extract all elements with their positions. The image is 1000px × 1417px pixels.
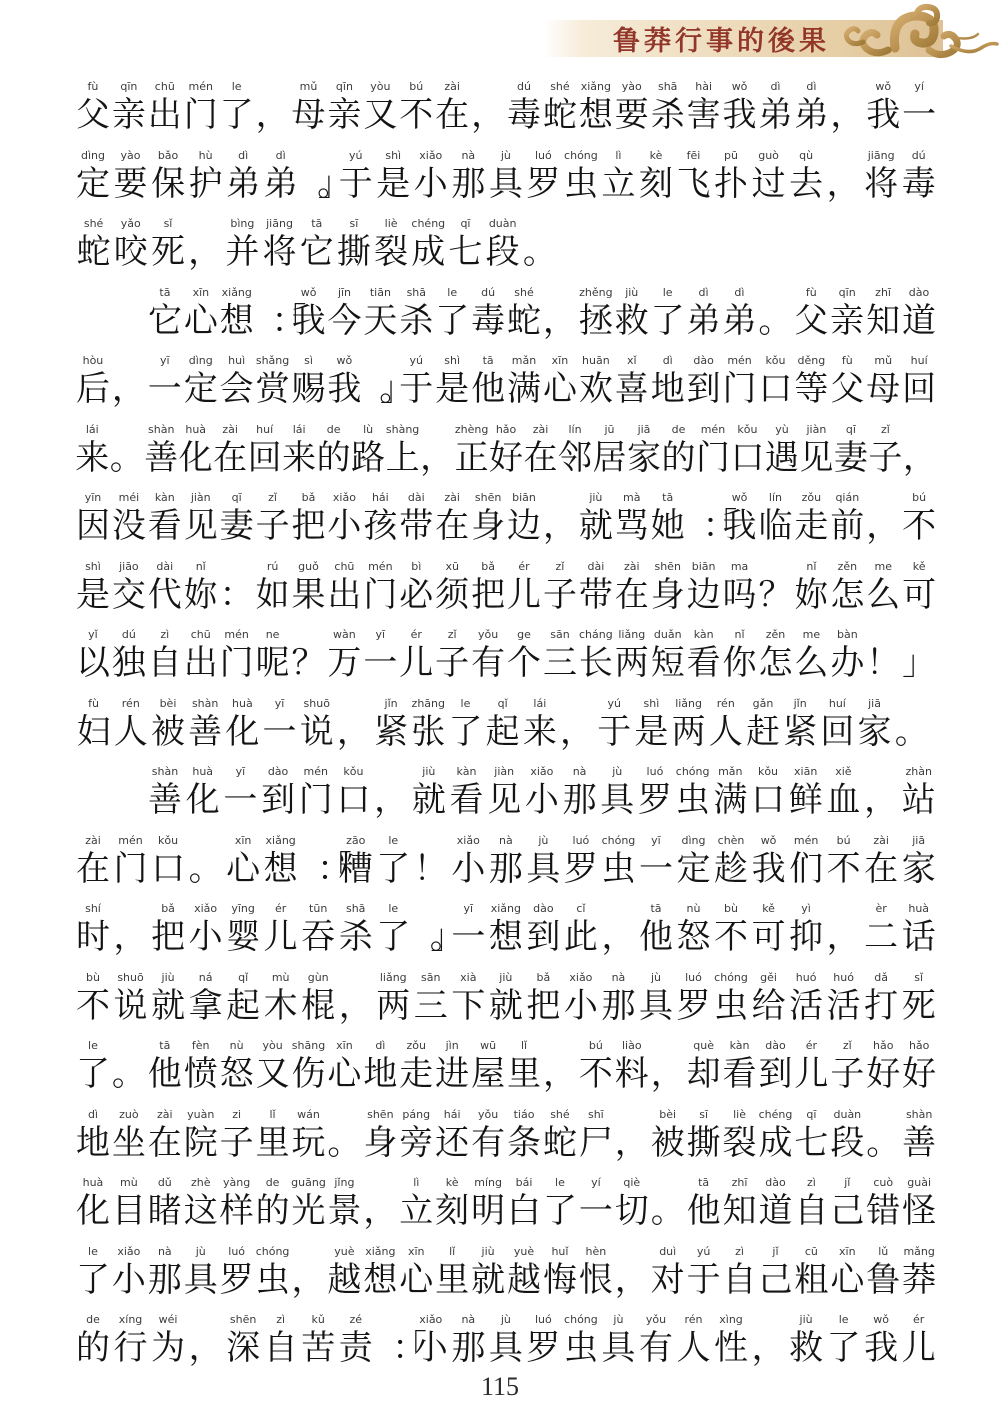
char-cell: zǒu走: [793, 491, 829, 547]
hanzi-character: 了: [448, 712, 482, 753]
pinyin-annotation: nà: [499, 834, 513, 849]
pinyin-annotation: ne: [266, 628, 280, 643]
char-cell: xiǎo小: [413, 1313, 449, 1369]
char-cell: nà那: [450, 1313, 486, 1369]
pinyin-annotation: huó: [796, 971, 817, 986]
char-cell: xīn心: [183, 286, 219, 342]
pinyin-annotation: dào: [765, 1039, 785, 1054]
char-cell: tā他: [147, 1039, 183, 1095]
pinyin-annotation: sī: [350, 217, 359, 232]
pinyin-annotation: rú: [267, 560, 279, 575]
hanzi-character: 扑: [714, 164, 748, 205]
pinyin-annotation: bǎ: [302, 491, 316, 506]
char-cell: le了: [75, 1245, 111, 1301]
char-cell: ，: [903, 423, 937, 479]
hanzi-character: ：「: [392, 1328, 410, 1369]
char-cell: yào要: [113, 149, 149, 205]
pinyin-annotation: le: [388, 902, 398, 917]
pinyin-annotation: shēn: [230, 1313, 256, 1328]
pinyin-annotation: xīn: [408, 1245, 425, 1260]
char-cell: ，: [542, 1039, 578, 1095]
char-cell: le了: [375, 902, 411, 958]
pinyin-annotation: wǒ: [337, 354, 353, 369]
char-cell: bú不: [826, 834, 862, 890]
pinyin-annotation: zì: [735, 1245, 744, 1260]
hanzi-character: 独: [112, 643, 146, 684]
hanzi-character: 紧: [783, 712, 817, 753]
char-cell: biān边: [506, 491, 542, 547]
char-cell: zhàn站: [901, 765, 937, 821]
char-cell: chū出: [183, 628, 219, 684]
char-cell: duàn段: [829, 1108, 865, 1164]
hanzi-character: 说: [114, 986, 148, 1027]
char-cell: ？: [758, 560, 794, 616]
hanzi-character: 回: [248, 438, 282, 479]
pinyin-annotation: dì: [734, 286, 744, 301]
pinyin-annotation: xiǎng: [266, 834, 296, 849]
pinyin-annotation: zhèng: [455, 423, 488, 438]
hanzi-character: ，: [112, 369, 146, 410]
char-cell: xiǎo小: [111, 1245, 147, 1301]
char-cell: yī一: [450, 902, 486, 958]
char-cell: mù目: [111, 1176, 147, 1232]
pinyin-annotation: le: [555, 1176, 565, 1191]
char-cell: shàng上: [385, 423, 419, 479]
pinyin-annotation: kàn: [730, 1039, 750, 1054]
char-cell: ér儿: [398, 628, 434, 684]
hanzi-character: 鲜: [789, 780, 823, 821]
hanzi-character: 定: [184, 369, 218, 410]
char-cell: yàng样: [219, 1176, 255, 1232]
hanzi-character: 己: [758, 1260, 792, 1301]
hanzi-character: 于: [597, 712, 631, 753]
pinyin-annotation: fèn: [192, 1039, 210, 1054]
hanzi-character: 罗: [677, 986, 711, 1027]
hanzi-character: 愤: [184, 1054, 218, 1095]
hanzi-character: 。: [866, 1123, 900, 1164]
hanzi-character: 具: [489, 1328, 523, 1369]
pinyin-annotation: le: [388, 834, 398, 849]
pinyin-annotation: lǐ: [521, 1039, 527, 1054]
char-cell: ér儿: [263, 902, 299, 958]
hanzi-character: ，: [543, 301, 577, 342]
char-cell: jù具: [183, 1245, 219, 1301]
hanzi-character: 一: [148, 369, 182, 410]
char-cell: jǐn紧: [782, 697, 819, 753]
char-cell: wàn万: [326, 628, 362, 684]
pinyin-annotation: dài: [587, 560, 604, 575]
char-cell: lái来: [75, 423, 109, 479]
pinyin-annotation: chóng: [564, 149, 598, 164]
char-cell: ，: [338, 971, 374, 1027]
char-cell: jū居: [592, 423, 626, 479]
hanzi-character: 她: [651, 506, 685, 547]
char-cell: nà那: [147, 1245, 183, 1301]
pinyin-annotation: xiǎng: [581, 80, 611, 95]
hanzi-character: 具: [526, 849, 560, 890]
pinyin-annotation: xiān: [794, 765, 817, 780]
char-cell: kàn看: [147, 491, 183, 547]
char-cell: jiù就: [411, 765, 447, 821]
pinyin-annotation: yǐ: [88, 628, 98, 643]
pinyin-annotation: qī: [846, 423, 856, 438]
hanzi-character: 化: [225, 712, 259, 753]
pinyin-annotation: qī: [806, 1108, 816, 1123]
hanzi-character: 善: [144, 438, 178, 479]
pinyin-annotation: jiāng: [266, 217, 293, 232]
char-cell: zài在: [213, 423, 247, 479]
char-cell: ér儿: [506, 560, 542, 616]
hanzi-character: 满: [507, 369, 541, 410]
pinyin-annotation: liǎng: [618, 628, 645, 643]
hanzi-character: 罗: [526, 164, 560, 205]
pinyin-annotation: mén: [727, 354, 751, 369]
hanzi-character: 这: [184, 1191, 218, 1232]
pinyin-annotation: ér: [806, 1039, 817, 1054]
hanzi-character: 走: [399, 1054, 433, 1095]
hanzi-character: 妳: [794, 575, 828, 616]
hanzi-character: 把: [151, 917, 185, 958]
hanzi-character: 没: [112, 506, 146, 547]
pinyin-annotation: bǎ: [537, 971, 551, 986]
hanzi-character: 了: [76, 1054, 110, 1095]
char-cell: yòu又: [362, 80, 398, 136]
hanzi-character: 善: [188, 712, 222, 753]
hanzi-character: 起: [486, 712, 520, 753]
hanzi-character: 于: [399, 369, 433, 410]
char-cell: yuè越: [326, 1245, 362, 1301]
hanzi-character: 吞: [301, 917, 335, 958]
pinyin-annotation: nà: [461, 1313, 475, 1328]
char-cell: kǒu口: [750, 765, 786, 821]
hanzi-character: 一: [223, 780, 257, 821]
hanzi-character: 有: [471, 1123, 505, 1164]
char-cell: gùn棍: [300, 971, 336, 1027]
pinyin-annotation: zǐ: [448, 628, 457, 643]
pinyin-annotation: cǐ: [576, 902, 585, 917]
pinyin-annotation: huí: [911, 354, 928, 369]
hanzi-character: 门: [299, 780, 333, 821]
char-cell: ne呢: [255, 628, 291, 684]
pinyin-annotation: sì: [304, 354, 313, 369]
char-cell: chóng虫: [600, 834, 636, 890]
char-cell: dìng定: [183, 354, 219, 410]
pinyin-annotation: sān: [550, 628, 569, 643]
hanzi-character: 弟: [722, 301, 756, 342]
hanzi-character: 坐: [112, 1123, 146, 1164]
char-cell: yǒu有: [470, 1108, 506, 1164]
char-cell: jiāo交: [111, 560, 147, 616]
pinyin-annotation: shā: [407, 286, 426, 301]
hanzi-character: 明: [471, 1191, 505, 1232]
hanzi-character: 自: [148, 643, 182, 684]
text-line: le了xiǎo小nà那jù具luó罗chóng虫，yuè越xiǎng想xīn心l…: [75, 1245, 937, 1301]
char-cell: le了: [826, 1313, 862, 1369]
char-cell: xiǎo小: [413, 149, 449, 205]
char-cell: bù不: [713, 902, 749, 958]
hanzi-character: 看: [687, 643, 721, 684]
hanzi-character: 见: [799, 438, 833, 479]
char-cell: lín邻: [558, 423, 592, 479]
hanzi-character: 。: [523, 232, 557, 273]
char-cell: huí回: [247, 423, 281, 479]
hanzi-character: 起: [226, 986, 260, 1027]
hanzi-character: 。」: [430, 917, 448, 958]
pinyin-annotation: bǎ: [481, 560, 495, 575]
hanzi-character: 拿: [189, 986, 223, 1027]
char-cell: lì立: [600, 149, 636, 205]
hanzi-character: 刻: [435, 1191, 469, 1232]
hanzi-character: 罗: [526, 1328, 560, 1369]
char-cell: zé责: [338, 1313, 374, 1369]
pinyin-annotation: xīn: [839, 1245, 856, 1260]
hanzi-character: 走: [794, 506, 828, 547]
pinyin-annotation: sǐ: [914, 971, 923, 986]
hanzi-character: ，: [651, 1054, 685, 1095]
hanzi-character: 有: [639, 1328, 673, 1369]
char-cell: dú毒: [506, 80, 542, 136]
hanzi-character: ，: [291, 1260, 325, 1301]
hanzi-character: 知: [866, 301, 900, 342]
hanzi-character: 尸: [579, 1123, 613, 1164]
char-cell: ？: [291, 628, 327, 684]
pinyin-annotation: kě: [913, 560, 926, 575]
hanzi-character: 是: [435, 369, 469, 410]
char-cell: lǔ鲁: [865, 1245, 901, 1301]
pinyin-annotation: yú: [607, 697, 620, 712]
char-cell: yī一: [147, 354, 183, 410]
pinyin-annotation: mén: [118, 834, 142, 849]
hanzi-character: 就: [412, 780, 446, 821]
pinyin-annotation: nǐ: [196, 560, 206, 575]
pinyin-annotation: dìng: [682, 834, 706, 849]
hanzi-character: 如: [256, 575, 290, 616]
char-cell: kàn看: [686, 628, 722, 684]
hanzi-character: 景: [327, 1191, 361, 1232]
char-cell: nà那: [562, 765, 598, 821]
hanzi-character: 将: [864, 164, 898, 205]
pinyin-annotation: bàn: [837, 628, 858, 643]
hanzi-character: 我: [866, 95, 900, 136]
hanzi-character: 了: [220, 95, 254, 136]
pinyin-annotation: bái: [516, 1176, 533, 1191]
hanzi-character: 。」: [317, 164, 335, 205]
hanzi-character: 的: [317, 438, 351, 479]
pinyin-annotation: qīn: [120, 80, 137, 95]
char-cell: le了: [375, 834, 411, 890]
text-line: shàn善huà化yī一dào到mén门kǒu口，jiù就kàn看jiàn见xi…: [75, 765, 937, 821]
hanzi-character: ：「: [317, 849, 335, 890]
pinyin-annotation: xiě: [835, 765, 851, 780]
pinyin-annotation: chū: [334, 560, 354, 575]
pinyin-annotation: xià: [460, 971, 476, 986]
pinyin-annotation: dú: [122, 628, 136, 643]
char-cell: duàn段: [484, 217, 521, 273]
char-cell: qīn亲: [326, 80, 362, 136]
pinyin-annotation: huǐ: [551, 1245, 568, 1260]
char-cell: hǎo好: [901, 1039, 937, 1095]
hanzi-character: ，: [374, 780, 408, 821]
hanzi-character: 须: [435, 575, 469, 616]
pinyin-annotation: xiǎng: [491, 902, 521, 917]
hanzi-character: ，: [543, 506, 577, 547]
char-cell: bèi被: [650, 1108, 686, 1164]
char-cell: xīn心: [829, 1245, 865, 1301]
hanzi-character: 段: [486, 232, 520, 273]
hanzi-character: 小: [327, 506, 361, 547]
pinyin-annotation: xiǎng: [222, 286, 252, 301]
hanzi-character: 把: [471, 575, 505, 616]
char-cell: yào要: [614, 80, 650, 136]
hanzi-character: 鲁: [866, 1260, 900, 1301]
hanzi-character: 家: [627, 438, 661, 479]
char-cell: mén门: [183, 80, 219, 136]
char-cell: rú如: [255, 560, 291, 616]
char-cell: nǐ妳: [183, 560, 219, 616]
hanzi-character: 小: [414, 1328, 448, 1369]
hanzi-character: 过: [752, 164, 786, 205]
char-cell: jù具: [600, 1313, 636, 1369]
char-cell: wǒ我: [722, 491, 758, 547]
char-cell: shé蛇: [506, 286, 542, 342]
pinyin-annotation: xiǎo: [117, 1245, 140, 1260]
pinyin-annotation: jù: [501, 1313, 511, 1328]
hanzi-character: 在: [76, 849, 110, 890]
pinyin-annotation: tā: [311, 217, 322, 232]
hanzi-character: 见: [487, 780, 521, 821]
pinyin-annotation: luó: [647, 765, 664, 780]
hanzi-character: 怎: [758, 643, 792, 684]
pinyin-annotation: huà: [908, 902, 929, 917]
hanzi-character: 撕: [337, 232, 371, 273]
char-cell: 。: [865, 1108, 901, 1164]
pinyin-annotation: shé: [514, 286, 533, 301]
char-cell: jǐ己: [829, 1176, 865, 1232]
hanzi-character: 赶: [746, 712, 780, 753]
hanzi-character: 路: [351, 438, 385, 479]
pinyin-annotation: jiù: [625, 286, 638, 301]
char-cell: hǎo好: [865, 1039, 901, 1095]
hanzi-character: ：「: [703, 506, 721, 547]
char-cell: ，: [470, 80, 506, 136]
hanzi-character: 上: [386, 438, 420, 479]
hanzi-character: 在: [524, 438, 558, 479]
pinyin-annotation: le: [663, 286, 673, 301]
pinyin-annotation: zì: [276, 1313, 285, 1328]
pinyin-annotation: mà: [623, 491, 640, 506]
hanzi-character: 知: [723, 1191, 757, 1232]
hanzi-character: ，: [827, 917, 861, 958]
hanzi-character: 保: [151, 164, 185, 205]
hanzi-character: 到: [687, 369, 721, 410]
char-cell: jiā家: [901, 834, 937, 890]
char-cell: xiǎo小: [326, 491, 362, 547]
char-cell: qǐ起: [484, 697, 521, 753]
char-cell: qǐ起: [225, 971, 261, 1027]
hanzi-character: 万: [327, 643, 361, 684]
hanzi-character: 弟: [226, 164, 260, 205]
pinyin-annotation: mǔ: [874, 354, 892, 369]
pinyin-annotation: chóng: [602, 834, 636, 849]
pinyin-annotation: huí: [829, 697, 846, 712]
pinyin-annotation: yǒu: [478, 628, 498, 643]
char-cell: shàn善: [187, 697, 224, 753]
text-line: dìng定yào要bǎo保hù护dì弟dì弟。」yú于shì是xiǎo小nà那j…: [75, 149, 937, 205]
hanzi-character: 活: [827, 986, 861, 1027]
hanzi-character: 了: [827, 1328, 861, 1369]
char-cell: le了: [219, 80, 255, 136]
char-cell: shàn善: [147, 765, 183, 821]
hanzi-character: 道: [902, 301, 936, 342]
char-cell: nà那: [600, 971, 636, 1027]
pinyin-annotation: me: [803, 628, 820, 643]
char-cell: huà化: [185, 765, 221, 821]
pinyin-annotation: qǐ: [238, 971, 248, 986]
hanzi-character: 立: [399, 1191, 433, 1232]
hanzi-character: 一: [902, 95, 936, 136]
hanzi-character: ，: [615, 1260, 649, 1301]
hanzi-character: 心: [830, 1260, 864, 1301]
pinyin-annotation: yú: [410, 354, 423, 369]
char-cell: jǐng景: [326, 1176, 362, 1232]
pinyin-annotation: liè: [385, 217, 398, 232]
hanzi-character: 己: [830, 1191, 864, 1232]
pinyin-annotation: dào: [765, 1176, 785, 1191]
char-cell: yǐ以: [75, 628, 111, 684]
char-cell: bú不: [398, 80, 434, 136]
hanzi-character: 怪: [902, 1191, 936, 1232]
char-cell: shǎng赏: [255, 354, 291, 410]
hanzi-character: 了: [76, 1260, 110, 1301]
pinyin-annotation: dú: [517, 80, 531, 95]
pinyin-annotation: shǎng: [256, 354, 289, 369]
char-cell: qīn亲: [111, 80, 147, 136]
pinyin-annotation: tā: [650, 902, 661, 917]
hanzi-character: 母: [291, 95, 325, 136]
char-cell: 。」: [413, 902, 449, 958]
char-cell: xiǎng想: [362, 1245, 398, 1301]
char-cell: tā它: [298, 217, 335, 273]
hanzi-character: 。: [895, 712, 929, 753]
pinyin-annotation: yǒu: [478, 1108, 498, 1123]
hanzi-character: 白: [507, 1191, 541, 1232]
hanzi-character: 妻: [834, 438, 868, 479]
char-cell: huó活: [826, 971, 862, 1027]
hanzi-character: 去: [789, 164, 823, 205]
hanzi-character: 代: [148, 575, 182, 616]
pinyin-annotation: jiā: [868, 697, 881, 712]
char-cell: mǎn满: [712, 765, 748, 821]
hanzi-character: 亲: [327, 95, 361, 136]
pinyin-annotation: dào: [693, 354, 713, 369]
hanzi-character: 道: [758, 1191, 792, 1232]
pinyin-annotation: jù: [612, 765, 622, 780]
pinyin-annotation: yī: [464, 902, 474, 917]
hanzi-character: 们: [789, 849, 823, 890]
pinyin-annotation: jǐn: [794, 697, 807, 712]
char-cell: kě可: [751, 902, 787, 958]
hanzi-character: 小: [564, 986, 598, 1027]
char-cell: liǎng两: [614, 628, 650, 684]
hanzi-character: 必: [399, 575, 433, 616]
pinyin-annotation: lì: [413, 1176, 419, 1191]
hanzi-character: ，: [471, 95, 505, 136]
pinyin-annotation: guài: [907, 1176, 931, 1191]
pinyin-annotation: dài: [156, 560, 173, 575]
text-line: shé蛇yǎo咬sǐ死，bìng并jiāng将tā它sī撕liè裂chéng成q…: [75, 217, 937, 273]
pinyin-annotation: mǎng: [903, 1245, 934, 1260]
char-cell: lái来: [282, 423, 316, 479]
